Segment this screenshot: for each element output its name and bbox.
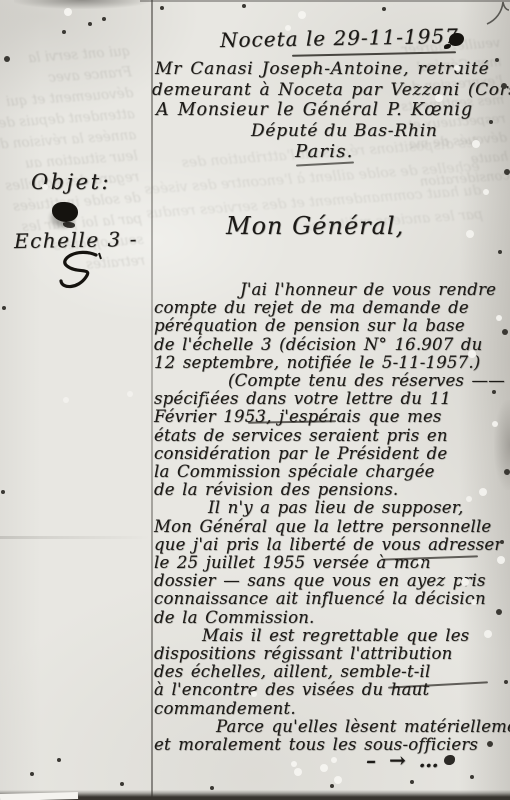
city-underline bbox=[296, 161, 354, 166]
date-underline-flourish bbox=[292, 51, 456, 56]
body-line: J'ai l'honneur de vous rendre bbox=[152, 281, 508, 299]
body-line: commandement. bbox=[152, 700, 508, 718]
body-line: Février 1953, j'espérais que mes bbox=[152, 408, 508, 426]
recipient-title-line: Député du Bas-Rhin bbox=[251, 121, 438, 141]
sender-address-line: demeurant à Noceta par Vezzani (Corse) bbox=[152, 80, 510, 100]
page-curl-mark bbox=[486, 0, 510, 26]
recipient-city-line: Paris. bbox=[295, 141, 354, 162]
body-line: dossier — sans que vous en ayez pris bbox=[152, 572, 508, 590]
body-line: (Compte tenu des réserves —— bbox=[152, 372, 508, 390]
objet-label: Objet: bbox=[31, 170, 111, 194]
body-line: Mon Général que la lettre personnelle bbox=[152, 518, 508, 536]
body-line: de la Commission. bbox=[152, 609, 508, 627]
body-line: Mais il est regrettable que les bbox=[152, 627, 508, 645]
body-line: Il n'y a pas lieu de supposer, bbox=[152, 499, 508, 517]
top-edge-line bbox=[140, 0, 510, 2]
recipient-line: A Monsieur le Général P. Kœnig bbox=[156, 100, 473, 120]
body-line: connaissance ait influencé la décision bbox=[152, 590, 508, 608]
body-line: la Commission spéciale chargée bbox=[152, 463, 508, 481]
ink-blot bbox=[449, 33, 464, 46]
bottom-left-gap bbox=[0, 792, 78, 800]
date-line: Noceta le 29-11-1957 bbox=[220, 24, 459, 52]
body-line: dispositions régissant l'attribution bbox=[152, 645, 508, 663]
scanned-letter-page: qui ont servi la France avec dévouement … bbox=[0, 0, 510, 800]
body-line: que j'ai pris la liberté de vous adresse… bbox=[152, 536, 508, 554]
sender-name-line: Mr Canasi Joseph-Antoine, retraité bbox=[155, 59, 490, 79]
paraph-flourish bbox=[50, 250, 108, 292]
body-line: et moralement tous les sous-officiers bbox=[152, 736, 508, 754]
white-damage-spots bbox=[0, 0, 4, 4]
body-line: compte du rejet de ma demande de bbox=[152, 299, 508, 317]
body-line: 12 septembre, notifiée le 5-11-1957.) bbox=[152, 354, 508, 372]
body-line: de la révision des pensions. bbox=[152, 481, 508, 499]
ink-blot bbox=[52, 202, 78, 222]
body-line: considération par le Président de bbox=[152, 445, 508, 463]
dark-speckles bbox=[0, 0, 4, 4]
top-edge-smudge bbox=[14, 0, 149, 9]
body-line: spécifiées dans votre lettre du 11 bbox=[152, 390, 508, 408]
body-line: péréquation de pension sur la base bbox=[152, 317, 508, 335]
body-line: Parce qu'elles lèsent matériellement bbox=[152, 718, 508, 736]
salutation: Mon Général, bbox=[226, 212, 404, 240]
ink-blot bbox=[444, 755, 455, 765]
body-line: de l'échelle 3 (décision N° 16.907 du bbox=[152, 336, 508, 354]
paper-crease bbox=[0, 536, 150, 539]
body-line: des échelles, aillent, semble-t-il bbox=[152, 663, 508, 681]
body-line: états de services seraient pris en bbox=[152, 427, 508, 445]
continuation-arrow: – → … bbox=[366, 748, 442, 772]
showthrough-text: qui ont servi la France avec dévouement … bbox=[0, 41, 166, 570]
